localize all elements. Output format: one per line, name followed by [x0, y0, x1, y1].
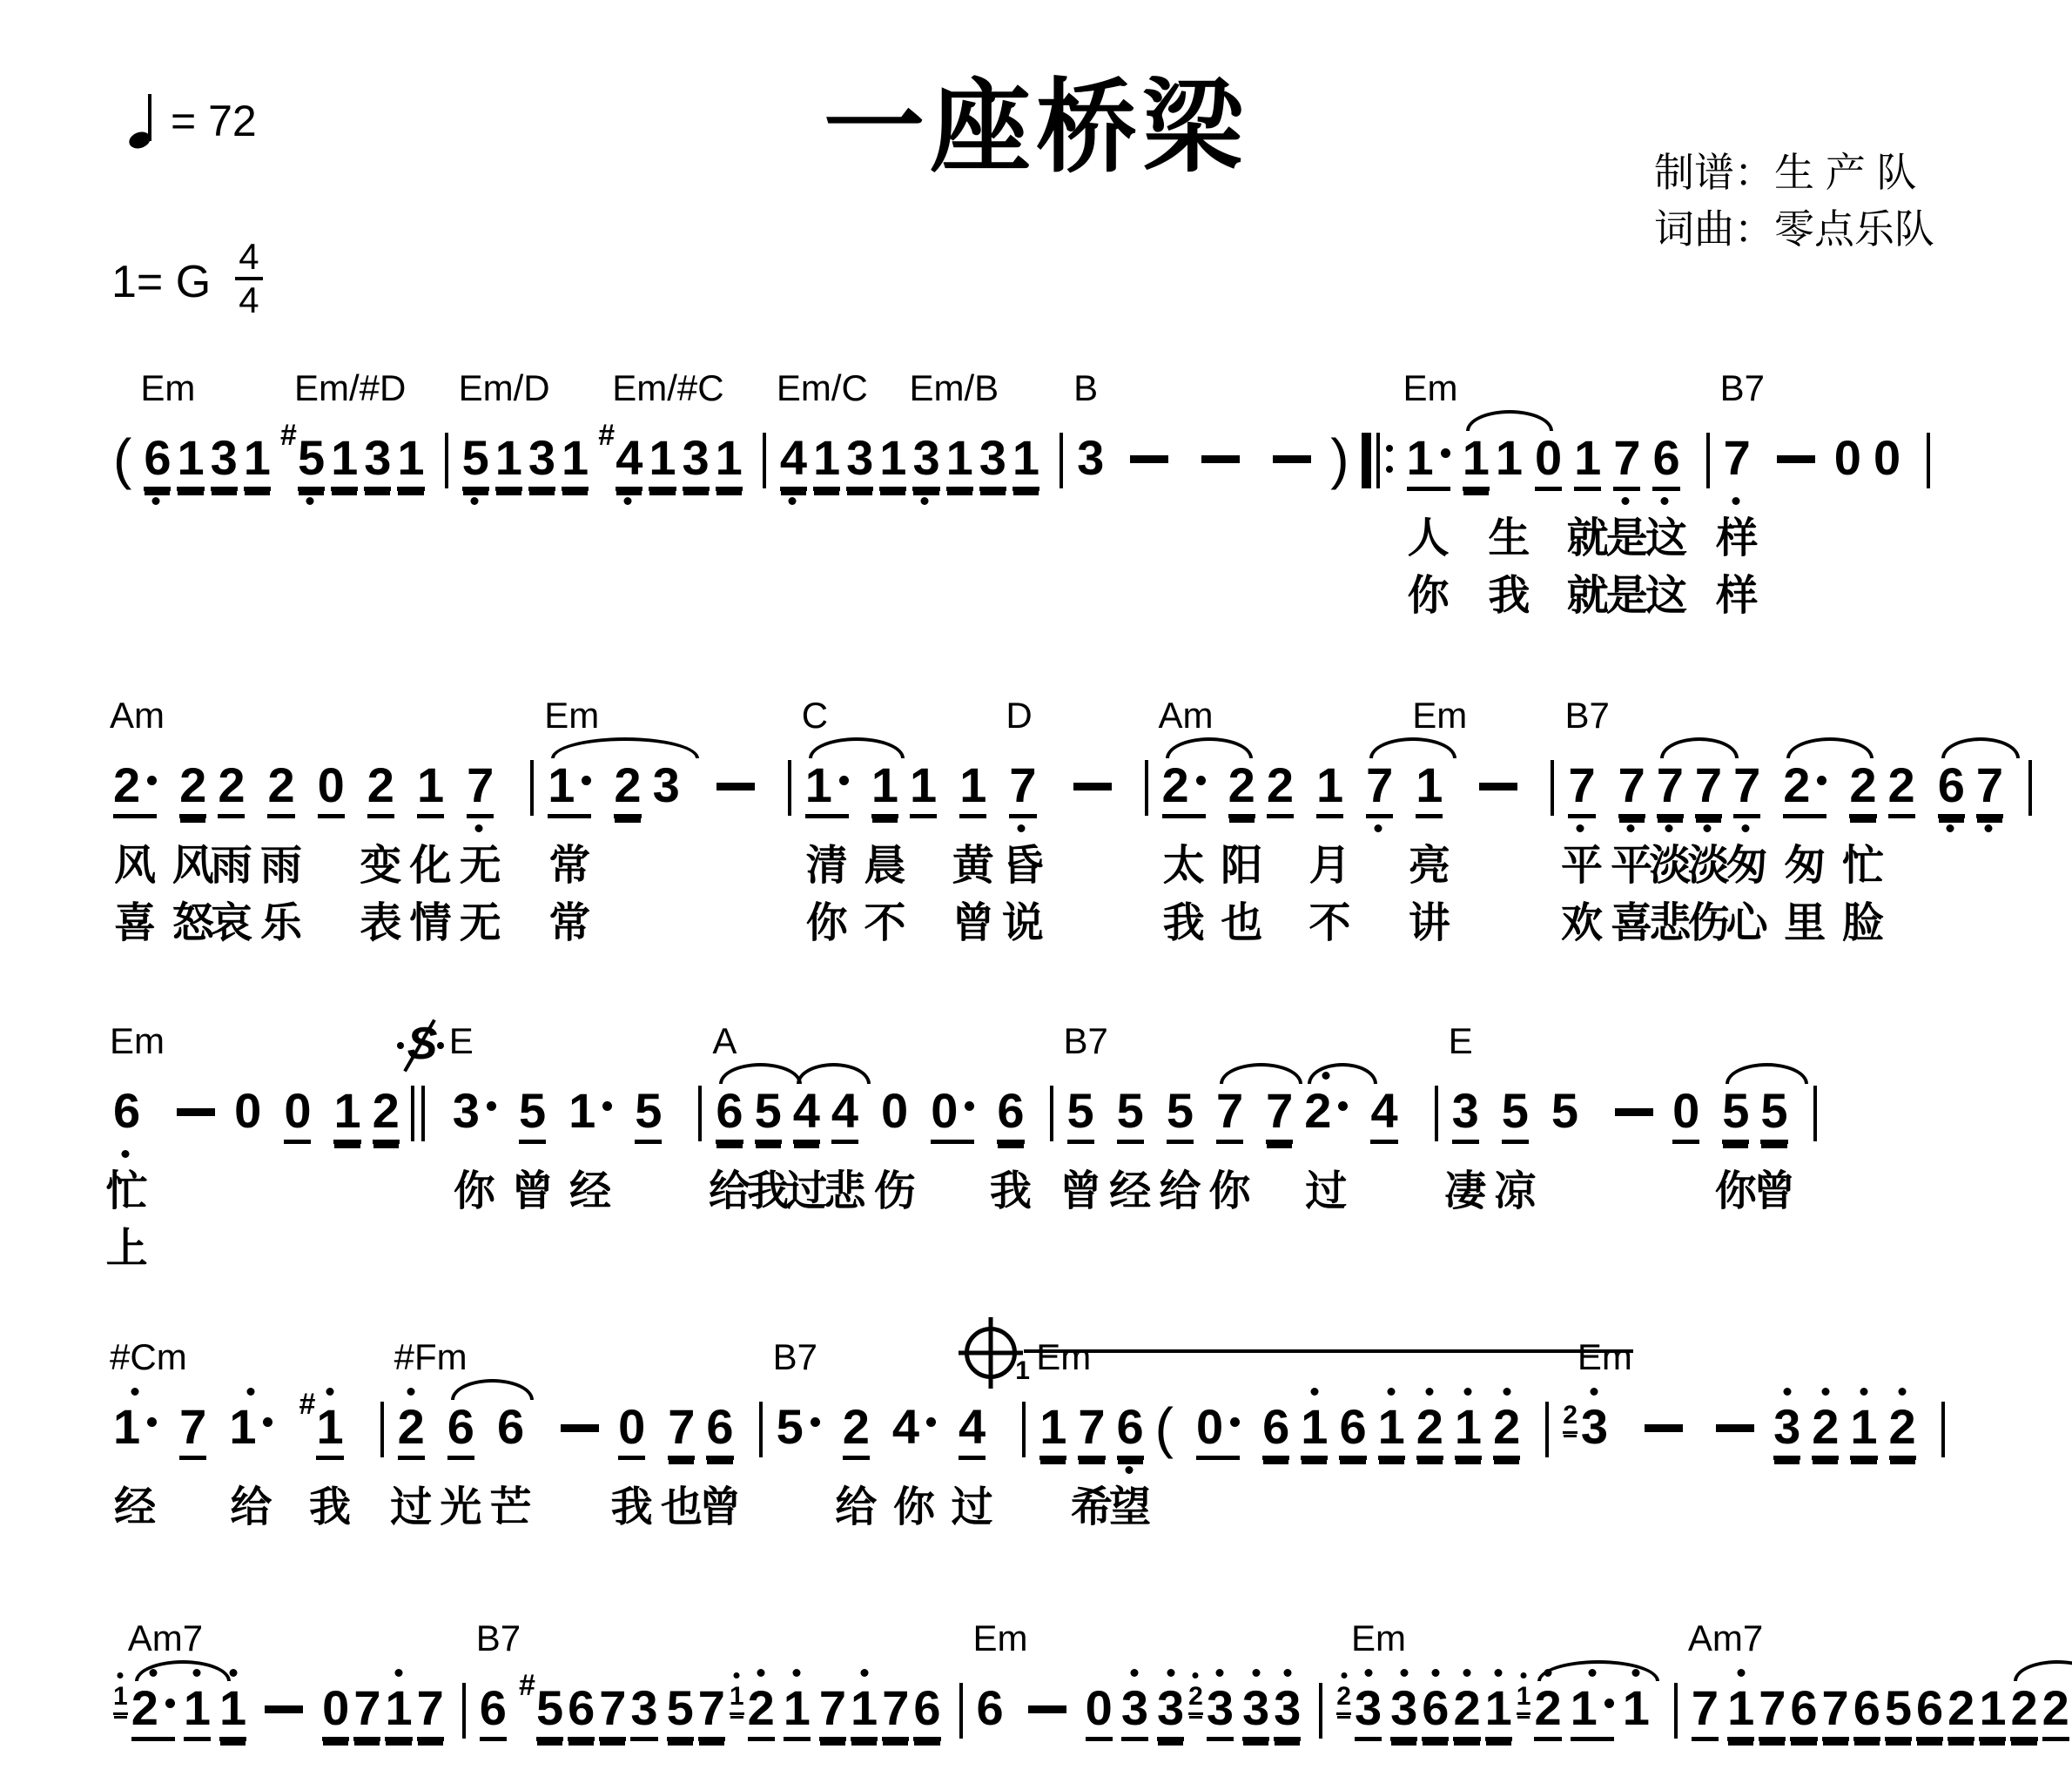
chord-label: D: [1006, 697, 1032, 734]
note-glyph: 7: [668, 1402, 695, 1460]
note-token: B75: [777, 1402, 820, 1453]
note-token: 0: [1535, 433, 1562, 491]
octave-dot-low: [470, 497, 478, 505]
note-glyph: 5: [1551, 1086, 1578, 1137]
note-token: 1: [177, 433, 204, 491]
note-glyph: 2: [1336, 1683, 1351, 1715]
lyric-line1: 这: [1645, 518, 1687, 560]
chord-label: B7: [773, 1339, 817, 1376]
note-glyph: 1: [1463, 433, 1490, 491]
note-token: 1: [1301, 1402, 1328, 1460]
octave-dot-low: [1626, 824, 1634, 832]
lyric-line1: 光: [440, 1487, 481, 1529]
lyric-line1: 过: [390, 1487, 432, 1529]
lyric-line1: 我: [990, 1171, 1032, 1213]
bar-line: [1060, 433, 1063, 488]
note-token: 7: [1976, 760, 2003, 818]
note-glyph: 6: [113, 1086, 140, 1137]
note-glyph: 5: [635, 1086, 662, 1144]
note-glyph: 1: [548, 760, 591, 818]
note-glyph: 7: [417, 1683, 444, 1741]
augmentation-dot: [487, 1101, 496, 1111]
grace-note: 2: [1188, 1683, 1203, 1715]
note-glyph: 1: [959, 760, 986, 818]
note-token: 3: [211, 433, 238, 491]
chord-label: Em/C: [777, 370, 868, 407]
lyric-line1: 亮: [1409, 845, 1450, 887]
note-glyph: 1: [871, 760, 898, 818]
note-token: 1: [1623, 1683, 1650, 1734]
note-glyph: 6: [1117, 1402, 1144, 1460]
note-token: 7: [179, 1402, 206, 1460]
note-glyph: #5: [536, 1683, 563, 1741]
note-token: 3: [653, 760, 680, 811]
system-5: 1Am72110717B76#5673571217176Em603323332E…: [113, 1683, 2072, 1741]
lyric-line1: 忙: [1842, 845, 1884, 887]
note-glyph: 3: [1207, 1683, 1234, 1741]
note-token: #1我: [316, 1402, 343, 1460]
note-token: 7也: [668, 1402, 695, 1460]
grace-note: 2: [1336, 1683, 1351, 1715]
note-token: 3: [364, 433, 391, 491]
note-token: Em3: [1581, 1402, 1608, 1453]
note-token: B75曾: [1067, 1086, 1094, 1144]
augmentation-dot: [263, 1417, 272, 1427]
lyric-line1: 生: [1488, 518, 1530, 560]
chord-label: Em: [973, 1620, 1028, 1657]
lyric-line1: 你: [1715, 1171, 1757, 1213]
note-token: 7你: [1216, 1086, 1243, 1144]
octave-dot-high: [860, 1669, 868, 1677]
bar-line: [1927, 433, 1930, 488]
note-token: 1: [333, 1086, 360, 1144]
lyric-line2: 常: [548, 903, 590, 945]
system-1: (Em6131Em/#D#5131Em/D5131Em/#C#4131Em/C4…: [113, 433, 1944, 491]
tie-arc: [2014, 1660, 2072, 1681]
note-token: 6: [1790, 1683, 1817, 1741]
note-glyph: 0: [931, 1086, 974, 1144]
note-token: #5: [536, 1683, 563, 1741]
note-glyph: 3: [1242, 1683, 1269, 1741]
note-token: 2: [1889, 1402, 1916, 1460]
note-glyph: 6: [977, 1683, 1004, 1734]
lyric-line1: 我: [611, 1487, 653, 1529]
bar-line: [380, 1402, 384, 1457]
note-glyph: 2: [113, 760, 157, 818]
lyric-line2: 就: [1567, 575, 1609, 617]
note-glyph: 3: [846, 433, 873, 491]
note-glyph: 6: [1339, 1402, 1366, 1460]
note-token: 7: [417, 1683, 444, 1741]
note-glyph: 0: [322, 1683, 349, 1741]
note-token: #Cm1经: [113, 1402, 157, 1453]
octave-dot-low: [921, 497, 929, 505]
note-glyph: 5: [1067, 1086, 1094, 1144]
note-glyph: 2: [1563, 1402, 1578, 1434]
note-glyph: 3: [653, 760, 680, 811]
chord-label: E: [449, 1023, 474, 1060]
note-glyph: 1: [910, 760, 937, 818]
octave-dot-high: [193, 1669, 201, 1677]
note-glyph: 7: [882, 1683, 909, 1741]
note-token: 3: [1390, 1683, 1417, 1741]
lyric-line1: 曾: [1060, 1171, 1101, 1213]
octave-dot-high: [1588, 1669, 1596, 1677]
note-glyph: 3: [1157, 1683, 1184, 1741]
note-glyph: 2: [1812, 1402, 1839, 1460]
note-glyph: 3: [453, 1086, 496, 1137]
note-glyph: 4: [793, 1086, 820, 1144]
note-glyph: 5: [1117, 1086, 1144, 1144]
chord-label: #Cm: [110, 1339, 187, 1376]
octave-dot-high: [734, 1672, 740, 1678]
octave-dot-low: [1703, 824, 1711, 832]
octave-dot-low: [1622, 497, 1630, 505]
note-glyph: 2: [131, 1683, 175, 1741]
tempo-marking: = 72: [129, 94, 257, 155]
note-dash: [265, 1705, 303, 1713]
chord-label: Em: [1351, 1620, 1406, 1657]
octave-dot-high: [1431, 1669, 1439, 1677]
note-glyph: 7: [1266, 1086, 1293, 1144]
note-token: 7希: [1078, 1402, 1105, 1460]
lyric-line2: 样: [1716, 575, 1758, 617]
bar-line: [698, 1086, 702, 1141]
augmentation-dot: [926, 1417, 936, 1427]
note-token: 7匆心: [1733, 760, 1760, 818]
note-glyph: 1: [417, 760, 444, 818]
note-token: 1: [879, 433, 906, 491]
lyric-line1: 你: [454, 1171, 495, 1213]
octave-dot-low: [1984, 824, 1992, 832]
octave-dot-high: [1341, 1672, 1347, 1678]
note-glyph: 5: [667, 1683, 694, 1741]
note-token: 1: [244, 433, 271, 491]
bar-line: [959, 1683, 963, 1739]
note-glyph: 1: [229, 1402, 272, 1453]
note-glyph: 4: [892, 1402, 936, 1453]
parenthesis: (: [113, 433, 131, 485]
octave-dot-low: [1018, 824, 1026, 832]
note-glyph: 0: [1196, 1402, 1240, 1460]
note-token: Am2太我: [1162, 760, 1206, 818]
note-token: 6: [568, 1683, 595, 1741]
lyric-line2: 讲: [1409, 903, 1450, 945]
note-glyph: 2: [1534, 1683, 1561, 1741]
note-token: C1清你: [805, 760, 849, 818]
lyric-line1: 是: [1606, 518, 1648, 560]
note-token: 4过: [959, 1402, 986, 1460]
note-dash: [1201, 455, 1240, 463]
note-token: 2: [1888, 760, 1915, 818]
note-glyph: 7: [1692, 1683, 1719, 1741]
note-glyph: 6: [997, 1086, 1024, 1144]
quarter-note-icon: [129, 94, 155, 148]
chord-label: Em: [1036, 1339, 1091, 1376]
note-token: 6: [1938, 760, 1965, 818]
grace-note: 1: [730, 1683, 744, 1715]
bar-line: [445, 433, 448, 488]
note-token: 2风怒: [179, 760, 206, 818]
lyric-line2: 说: [1002, 903, 1044, 945]
note-glyph: 7: [353, 1683, 380, 1741]
note-glyph: 2: [1416, 1402, 1443, 1460]
note-glyph: 1: [1416, 760, 1443, 818]
octave-dot-high: [247, 1388, 255, 1396]
note-glyph: 7: [1724, 433, 1751, 484]
note-glyph: 7: [1366, 760, 1393, 818]
note-token: 3: [1242, 1683, 1269, 1741]
note-dash: [1073, 783, 1112, 790]
note-glyph: 1: [1623, 1683, 1650, 1734]
chord-label: B7: [1064, 1023, 1108, 1060]
note-token: 2给: [843, 1402, 870, 1460]
octave-dot-high: [1591, 1388, 1598, 1396]
tie-arc: [551, 737, 699, 758]
note-token: 6光: [447, 1402, 474, 1460]
grace-note: 2: [1563, 1402, 1578, 1434]
lyric-line1: 我: [747, 1171, 789, 1213]
note-token: 7: [1366, 760, 1393, 818]
double-bar-line: S: [411, 1086, 430, 1141]
octave-dot-high: [131, 1388, 139, 1396]
note-glyph: 6: [1262, 1402, 1289, 1460]
note-token: 1化情: [417, 760, 444, 818]
note-glyph: 6: [497, 1402, 524, 1453]
note-glyph: 7: [819, 1683, 846, 1741]
note-token: 2: [2010, 1683, 2037, 1741]
note-glyph: 1: [219, 1683, 246, 1741]
bar-line: [1813, 1086, 1817, 1141]
chord-label: B7: [1720, 370, 1765, 407]
note-glyph: 1: [495, 433, 522, 491]
note-glyph: 4: [780, 433, 807, 491]
note-token: B76: [480, 1683, 507, 1741]
note-token: 2: [1453, 1683, 1480, 1741]
note-glyph: 4: [959, 1402, 986, 1460]
note-glyph: 7: [1822, 1683, 1849, 1741]
chord-label: Em/#C: [612, 370, 723, 407]
note-dash: [1716, 1424, 1754, 1432]
bar-line: [462, 1683, 466, 1739]
note-token: E3凄: [1452, 1086, 1479, 1144]
tie-arc: [719, 1063, 802, 1084]
note-glyph: 3: [1274, 1683, 1301, 1741]
note-glyph: 6: [568, 1683, 595, 1741]
note-token: 5凉: [1502, 1086, 1529, 1144]
note-glyph: 1: [1496, 433, 1523, 484]
chord-label: Em/#D: [294, 370, 406, 407]
octave-dot-high: [395, 1669, 403, 1677]
lyric-line1: 经: [114, 1487, 156, 1529]
note-token: Am77: [1692, 1683, 1719, 1741]
note-token: 5经: [1117, 1086, 1144, 1144]
note-token: 1: [1463, 433, 1490, 491]
note-glyph: 1: [333, 1086, 360, 1144]
octave-dot-high: [1737, 1669, 1745, 1677]
note-glyph: #1: [316, 1402, 343, 1460]
lyric-line1: 月: [1309, 845, 1351, 887]
bar-line: [1941, 1402, 1945, 1457]
chord-label: Em/B: [909, 370, 999, 407]
octave-dot-high: [1252, 1669, 1260, 1677]
note-glyph: 7: [1613, 433, 1640, 491]
augmentation-dot: [582, 776, 591, 785]
lyric-line1: 你: [893, 1487, 935, 1529]
note-token: 2: [1812, 1402, 1839, 1460]
sharp-icon: #: [598, 420, 615, 452]
note-token: 1: [716, 433, 743, 491]
note-token: 5你: [1722, 1086, 1749, 1144]
note-token: 0: [1834, 433, 1861, 484]
note-glyph: 3: [683, 433, 710, 491]
note-token: B77样样: [1724, 433, 1751, 484]
note-glyph: 3: [630, 1683, 657, 1741]
note-token: 6望: [1117, 1402, 1144, 1460]
note-glyph: 2: [1267, 760, 1294, 818]
lyric-line1: 风: [114, 845, 156, 887]
note-token: B3: [1077, 433, 1104, 484]
lyric-line2: 欢: [1561, 903, 1603, 945]
octave-dot-high: [1821, 1388, 1829, 1396]
note-token: 1: [385, 1683, 412, 1741]
tie-arc: [451, 1379, 534, 1400]
note-glyph: (: [1155, 1402, 1174, 1454]
octave-dot-high: [1167, 1669, 1174, 1677]
note-glyph: 1: [1485, 1683, 1512, 1741]
chord-label: A: [712, 1023, 737, 1060]
lyric-line2: 表: [360, 903, 401, 945]
note-glyph: 0: [1086, 1683, 1113, 1741]
system-2: Am2风喜2风怒2雨哀2雨乐02变表1化情7无无Em1常常23C1清你1晨不11…: [113, 760, 2046, 818]
system-3: Em6忙上0012SE3你5曾1经5A6给5我4过4悲0伤06我B75曾5经5给…: [113, 1086, 1831, 1144]
note-glyph: 3: [364, 433, 391, 491]
note-glyph: 0: [618, 1402, 645, 1460]
note-token: 7是是: [1613, 433, 1640, 491]
note-token: 7平喜: [1618, 760, 1645, 818]
note-glyph: 1: [113, 1402, 157, 1453]
note-token: 1: [813, 433, 840, 491]
note-token: 1生我: [1496, 433, 1523, 484]
note-glyph: 1: [813, 433, 840, 491]
note-glyph: 7: [467, 760, 494, 818]
note-glyph: 0: [1834, 433, 1861, 484]
tie-arc: [1941, 737, 2020, 758]
tie-arc: [1466, 410, 1553, 431]
lyric-line1: 无: [460, 845, 501, 887]
lyric-line2: 悲: [1649, 903, 1691, 945]
note-token: 2: [1267, 760, 1294, 818]
note-token: 1: [1485, 1683, 1512, 1741]
octave-dot-low: [1577, 824, 1584, 832]
note-glyph: 2: [1493, 1402, 1520, 1460]
octave-dot-high: [326, 1388, 334, 1396]
chord-label: Em: [544, 697, 599, 734]
lyric-line1: 清: [806, 845, 848, 887]
note-glyph: 1: [1039, 1402, 1066, 1460]
tie-arc: [797, 1063, 871, 1084]
note-token: 7: [882, 1683, 909, 1741]
song-title: 一座桥梁: [824, 77, 1248, 178]
system-4: #Cm1经71给#1我#Fm2过6光6芒0我7也6曾B752给4你4过Em117…: [113, 1402, 1959, 1460]
note-token: 0: [234, 1086, 261, 1137]
note-token: 7: [819, 1683, 846, 1741]
octave-dot-high: [1464, 1388, 1472, 1396]
note-glyph: 7: [1618, 760, 1645, 818]
lyric-line2: 这: [1645, 575, 1687, 617]
note-glyph: 2: [1888, 760, 1915, 818]
tie-arc: [1166, 737, 1253, 758]
note-glyph: 2: [218, 760, 245, 818]
note-token: 3: [846, 433, 873, 491]
note-token: 5给: [1167, 1086, 1194, 1144]
note-token: 1: [649, 433, 676, 491]
note-glyph: 2: [179, 760, 206, 818]
sharp-icon: #: [299, 1389, 315, 1421]
note-glyph: 7: [1078, 1402, 1105, 1460]
note-glyph: 2: [2042, 1683, 2069, 1741]
lyric-line1: 过: [1305, 1171, 1347, 1213]
note-token: 3: [1207, 1683, 1234, 1741]
note-token: 0伤: [881, 1086, 908, 1137]
note-glyph: 6: [1422, 1683, 1449, 1741]
tie-arc: [1726, 1063, 1808, 1084]
lyric-line1: 风: [172, 845, 214, 887]
note-glyph: #5: [298, 433, 325, 491]
bar-line: [788, 760, 791, 816]
note-token: Em/#C#4: [616, 433, 642, 491]
octave-dot-high: [1899, 1388, 1907, 1396]
octave-dot-low: [1742, 824, 1750, 832]
lyric-line1: 过: [785, 1171, 827, 1213]
note-glyph: 1: [562, 433, 589, 491]
lyric-line1: 化: [410, 845, 452, 887]
lyric-line1: 曾: [512, 1171, 554, 1213]
note-token: Em1亮讲: [1416, 760, 1443, 818]
octave-dot-high: [757, 1669, 765, 1677]
note-glyph: 2: [748, 1683, 775, 1741]
lyric-line1: 希: [1071, 1487, 1113, 1529]
note-glyph: 2: [1889, 1402, 1916, 1460]
octave-dot-low: [624, 497, 632, 505]
tie-arc: [1537, 1660, 1659, 1681]
grace-note: 1: [1517, 1683, 1531, 1715]
tie-arc: [1308, 1063, 1377, 1084]
note-glyph: 2: [1453, 1683, 1480, 1741]
note-glyph: 1: [1378, 1402, 1405, 1460]
note-glyph: 5: [1722, 1086, 1749, 1144]
note-glyph: 6: [447, 1402, 474, 1460]
chord-label: Em: [1403, 370, 1458, 407]
coda-number: 1: [1015, 1356, 1030, 1386]
bar-line: [763, 433, 766, 488]
octave-dot-low: [1946, 824, 1954, 832]
octave-dot-high: [1503, 1388, 1510, 1396]
note-token: 6我: [997, 1086, 1024, 1144]
note-token: 1: [1378, 1402, 1405, 1460]
note-glyph: 1: [649, 433, 676, 491]
lyric-line2: 喜: [114, 903, 156, 945]
note-glyph: 4: [831, 1086, 858, 1144]
lyric-line1: 也: [661, 1487, 703, 1529]
lyric-line2: 你: [1408, 575, 1450, 617]
note-glyph: 6: [1853, 1683, 1880, 1741]
note-token: Am2风喜: [113, 760, 157, 818]
chord-label: Em: [140, 370, 195, 407]
note-glyph: (: [113, 433, 131, 485]
note-token: 4: [1370, 1086, 1397, 1144]
note-glyph: 5: [1760, 1086, 1787, 1144]
